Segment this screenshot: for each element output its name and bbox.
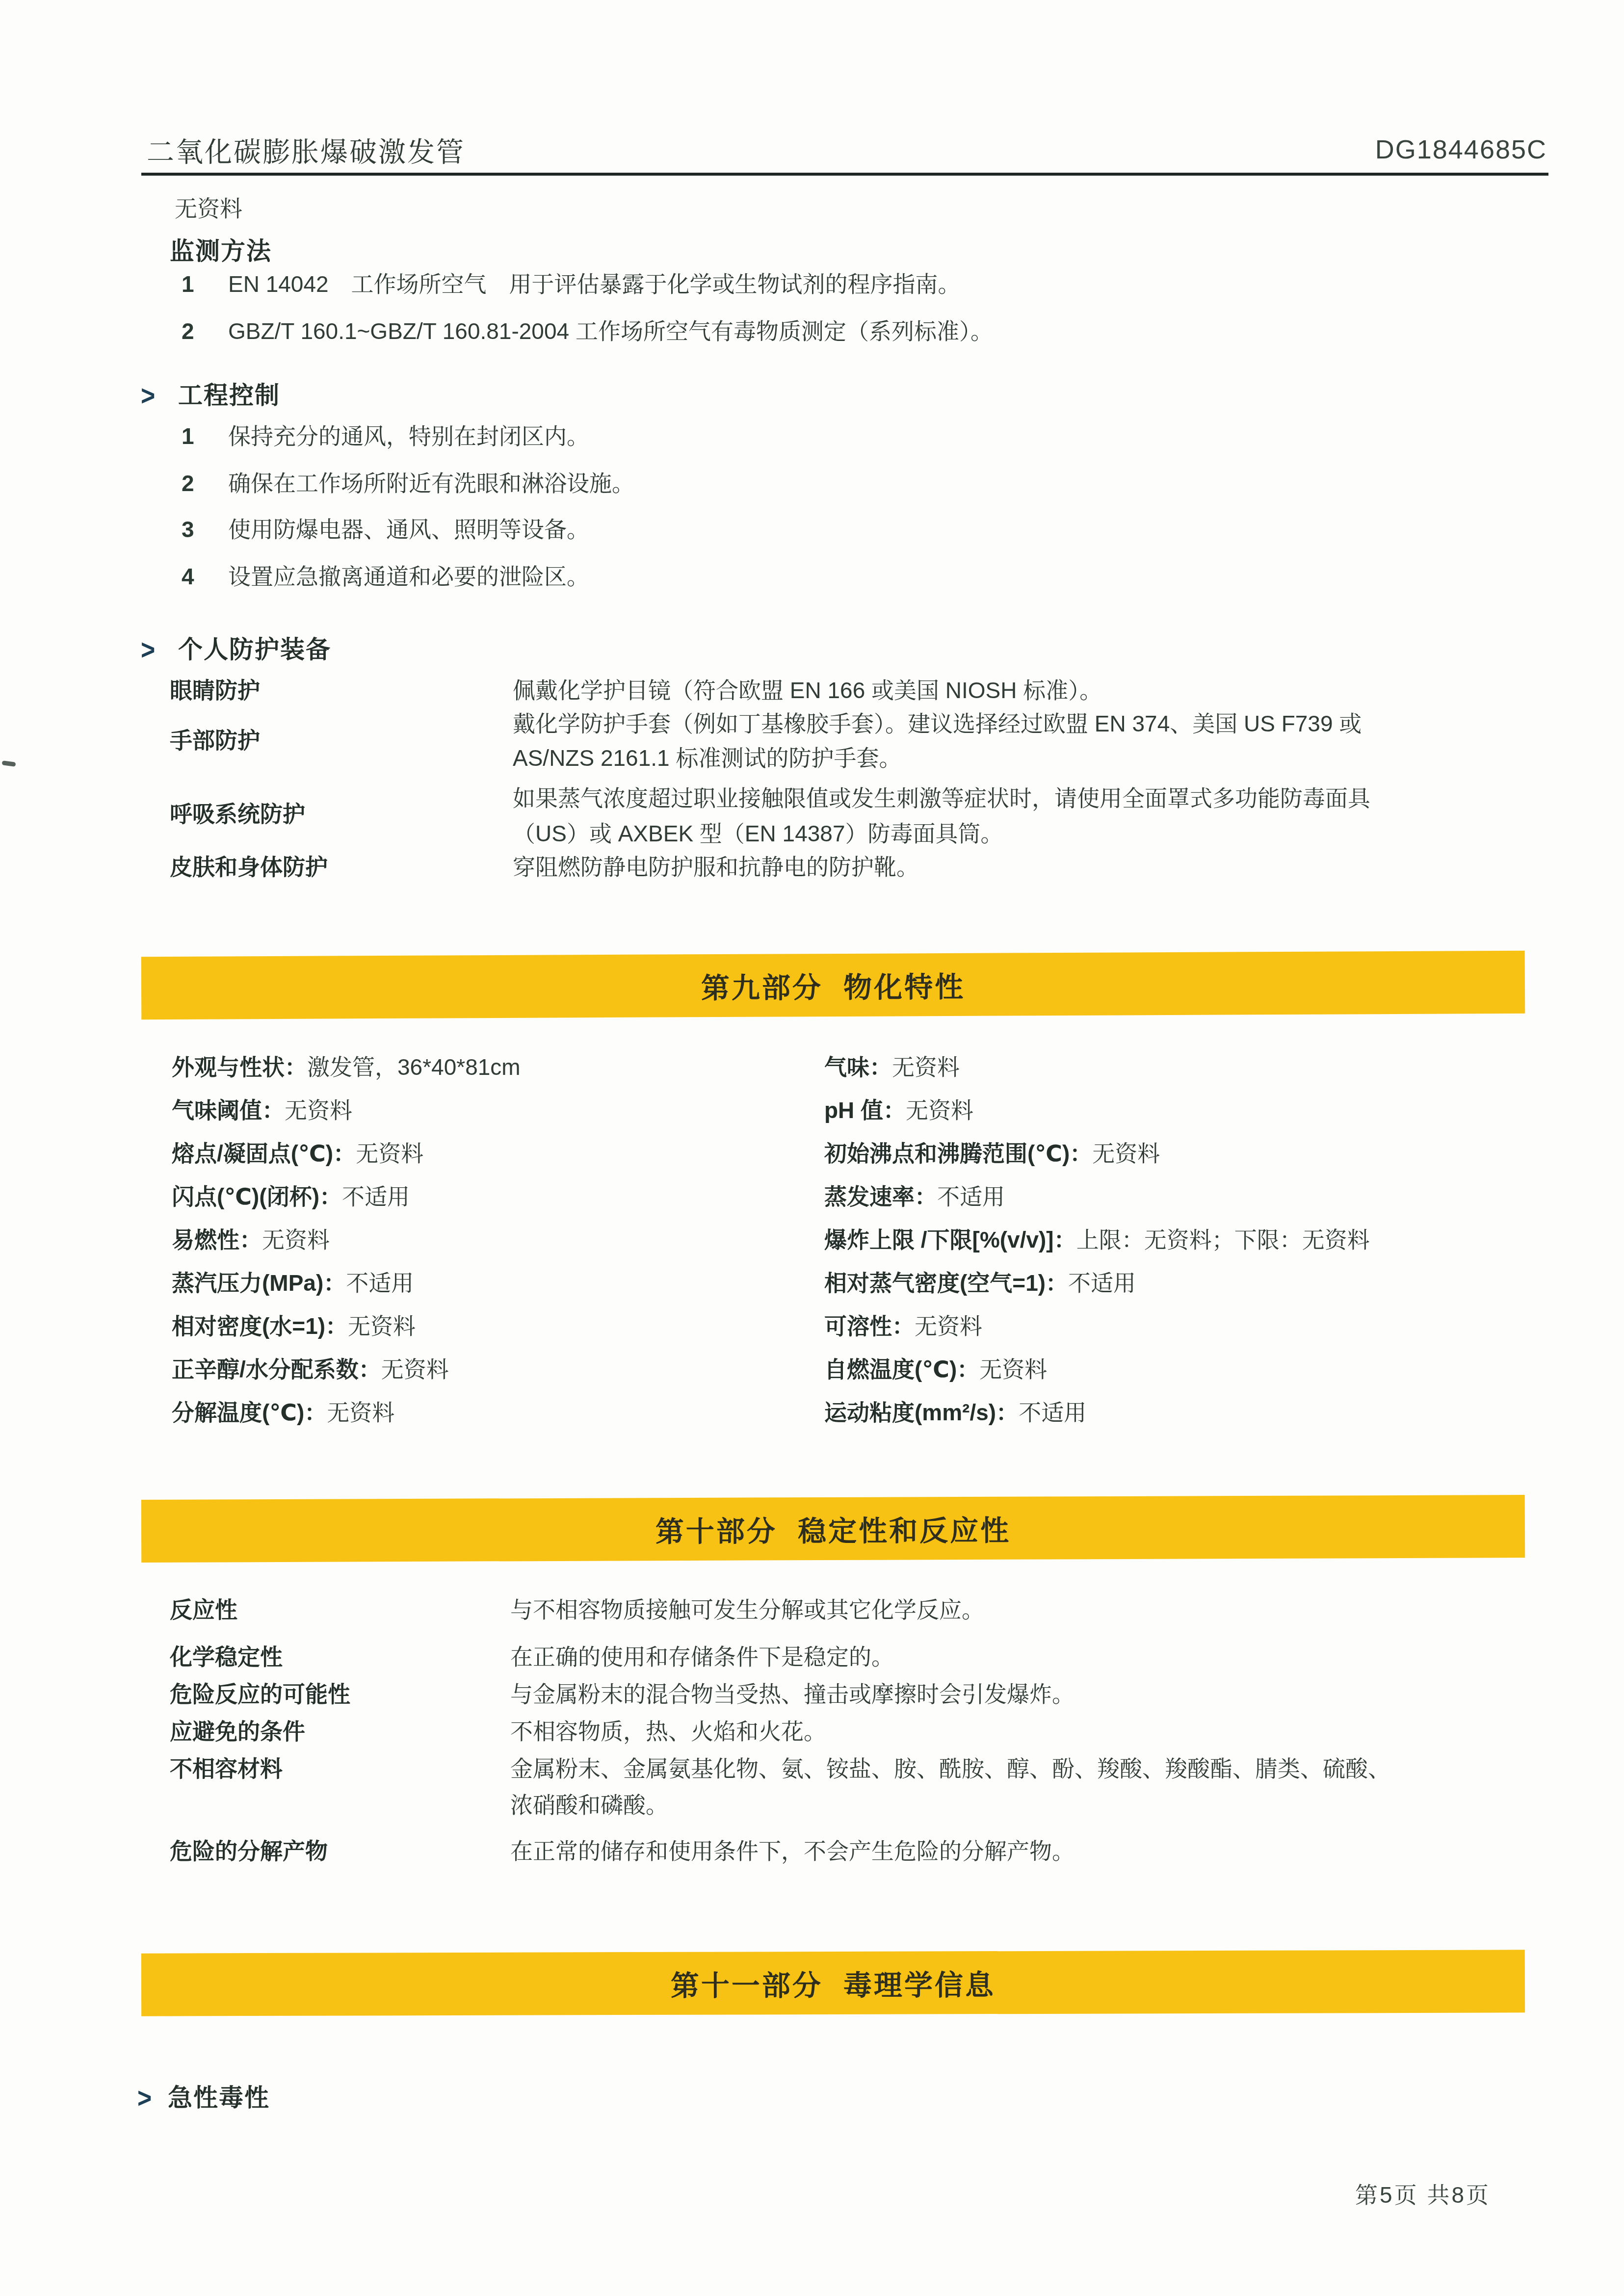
property-label: 熔点/凝固点(℃)： (172, 1141, 356, 1166)
ppe-row-value-line: 穿阻燃防静电防护服和抗静电的防护靴。 (513, 854, 919, 881)
property-row: 可溶性：无资料 (824, 1313, 982, 1340)
property-value: 无资料 (356, 1141, 423, 1166)
property-value: 无资料 (1092, 1141, 1160, 1166)
property-value: 无资料 (979, 1357, 1047, 1382)
monitoring-item-number: 1 (182, 271, 228, 298)
ppe-row-label: 皮肤和身体防护 (170, 854, 328, 881)
section10-banner: 第十部分 稳定性和反应性 (141, 1495, 1525, 1563)
property-value: 无资料 (892, 1054, 960, 1080)
document-number: DG1844685C (1375, 134, 1547, 165)
engineering-control-item-number: 2 (182, 470, 228, 497)
engineering-control-item-text: 确保在工作场所附近有洗眼和淋浴设施。 (228, 470, 634, 496)
property-value: 上限：无资料；下限：无资料 (1076, 1227, 1370, 1252)
property-label: 相对蒸气密度(空气=1)： (824, 1270, 1068, 1296)
stability-row-value-line: 浓硝酸和磷酸。 (510, 1792, 668, 1819)
property-row: 气味：无资料 (824, 1054, 960, 1081)
section11-banner: 第十一部分 毒理学信息 (141, 1950, 1525, 2016)
engineering-control-item: 2确保在工作场所附近有洗眼和淋浴设施。 (182, 470, 634, 497)
property-label: 运动粘度(mm²/s)： (824, 1400, 1019, 1425)
engineering-control-item-text: 使用防爆电器、通风、照明等设备。 (228, 517, 589, 542)
property-label: 蒸发速率： (824, 1184, 937, 1209)
stability-row-label: 化学稳定性 (170, 1644, 283, 1670)
property-row: 初始沸点和沸腾范围(℃)：无资料 (824, 1140, 1160, 1167)
property-label: pH 值： (824, 1097, 906, 1123)
property-row: 正辛醇/水分配系数：无资料 (172, 1356, 449, 1383)
page-title: 二氧化碳膨胀爆破激发管 (147, 130, 465, 170)
property-label: 分解温度(℃)： (172, 1400, 327, 1425)
property-label: 闪点(℃)(闭杯)： (172, 1184, 342, 1209)
property-label: 气味阈值： (172, 1097, 285, 1123)
property-row: 分解温度(℃)：无资料 (172, 1399, 394, 1426)
property-row: 蒸汽压力(MPa)：不适用 (172, 1270, 414, 1297)
ppe-heading: >个人防护装备 (141, 630, 331, 665)
property-label: 初始沸点和沸腾范围(℃)： (824, 1141, 1092, 1166)
page-number: 第5页 共8页 (1355, 2177, 1491, 2210)
property-row: 蒸发速率：不适用 (824, 1183, 1005, 1210)
stability-row-value-line: 与金属粉末的混合物当受热、撞击或摩擦时会引发爆炸。 (510, 1681, 1074, 1708)
property-label: 气味： (824, 1054, 892, 1080)
property-value: 无资料 (381, 1357, 449, 1382)
property-row: pH 值：无资料 (824, 1097, 973, 1124)
property-label: 自燃温度(℃)： (824, 1357, 979, 1382)
property-label: 外观与性状： (172, 1054, 307, 1080)
property-row: 自燃温度(℃)：无资料 (824, 1356, 1047, 1383)
property-row: 相对蒸气密度(空气=1)：不适用 (824, 1270, 1136, 1297)
engineering-control-item-text: 保持充分的通风，特别在封闭区内。 (228, 423, 589, 449)
engineering-control-item-text: 设置应急撤离通道和必要的泄险区。 (228, 564, 589, 589)
stability-row-value-line: 与不相容物质接触可发生分解或其它化学反应。 (510, 1596, 984, 1623)
acute-toxicity-heading-label: 急性毒性 (168, 2084, 270, 2112)
property-value: 无资料 (262, 1227, 330, 1252)
property-row: 爆炸上限 /下限[%(v/v)]：上限：无资料；下限：无资料 (824, 1226, 1370, 1253)
monitoring-item-text: GBZ/T 160.1~GBZ/T 160.81-2004 工作场所空气有毒物质… (228, 318, 993, 344)
property-value: 不适用 (346, 1270, 414, 1296)
ppe-row-label: 眼睛防护 (170, 677, 260, 704)
property-label: 相对密度(水=1)： (172, 1313, 348, 1339)
property-row: 易燃性：无资料 (172, 1226, 330, 1253)
section9-banner: 第九部分 物化特性 (141, 951, 1525, 1019)
monitoring-item-number: 2 (182, 318, 228, 345)
stability-row-label: 应避免的条件 (170, 1718, 305, 1745)
property-value: 激发管，36*40*81cm (307, 1054, 521, 1080)
property-value: 无资料 (327, 1400, 394, 1425)
property-value: 无资料 (348, 1313, 416, 1339)
property-row: 相对密度(水=1)：无资料 (172, 1313, 416, 1340)
stability-row-label: 危险反应的可能性 (170, 1681, 350, 1708)
stability-row-label: 不相容材料 (170, 1755, 283, 1782)
chevron-right-icon: > (137, 2082, 168, 2114)
stability-row-label: 反应性 (170, 1596, 237, 1623)
monitoring-item: 1EN 14042 工作场所空气 用于评估暴露于化学或生物试剂的程序指南。 (182, 271, 961, 298)
ppe-row-label: 呼吸系统防护 (170, 801, 305, 828)
property-label: 蒸汽压力(MPa)： (172, 1270, 346, 1296)
engineering-controls-heading-label: 工程控制 (178, 382, 280, 409)
ppe-row-value-line: 佩戴化学护目镜（符合欧盟 EN 166 或美国 NIOSH 标准）。 (513, 677, 1102, 704)
stability-row-value-line: 在正确的使用和存储条件下是稳定的。 (510, 1644, 894, 1670)
property-row: 外观与性状：激发管，36*40*81cm (172, 1054, 521, 1081)
property-row: 气味阈值：无资料 (172, 1097, 352, 1124)
property-label: 可溶性： (824, 1313, 915, 1339)
sds-page: 二氧化碳膨胀爆破激发管 DG1844685C 无资料 监测方法 1EN 1404… (0, 0, 1624, 2296)
property-value: 无资料 (915, 1313, 982, 1339)
chevron-right-icon: > (141, 379, 178, 412)
chevron-right-icon: > (141, 633, 178, 666)
ppe-row-value-line: 如果蒸气浓度超过职业接触限值或发生刺激等症状时，请使用全面罩式多功能防毒面具 (513, 785, 1370, 812)
ppe-row-value-line: （US）或 AXBEK 型（EN 14387）防毒面具筒。 (513, 820, 1003, 847)
property-value: 不适用 (1019, 1400, 1086, 1425)
monitoring-item: 2GBZ/T 160.1~GBZ/T 160.81-2004 工作场所空气有毒物… (182, 318, 993, 345)
ppe-heading-label: 个人防护装备 (178, 636, 331, 663)
scan-artifact-mark (2, 760, 16, 767)
monitoring-item-text: EN 14042 工作场所空气 用于评估暴露于化学或生物试剂的程序指南。 (228, 271, 961, 297)
engineering-control-item-number: 4 (182, 563, 228, 590)
header-divider (141, 173, 1548, 176)
property-label: 易燃性： (172, 1227, 262, 1252)
property-value: 不适用 (1068, 1270, 1136, 1296)
property-row: 熔点/凝固点(℃)：无资料 (172, 1140, 423, 1167)
engineering-control-item-number: 3 (182, 516, 228, 543)
property-value: 不适用 (937, 1184, 1005, 1209)
ppe-row-value-line: 戴化学防护手套（例如丁基橡胶手套）。建议选择经过欧盟 EN 374、美国 US … (513, 710, 1362, 737)
engineering-control-item: 4设置应急撤离通道和必要的泄险区。 (182, 563, 589, 590)
stability-row-value-line: 不相容物质，热、火焰和火花。 (510, 1718, 826, 1745)
acute-toxicity-heading: >急性毒性 (137, 2078, 270, 2113)
property-value: 无资料 (906, 1097, 973, 1123)
ppe-row-label: 手部防护 (170, 727, 260, 754)
no-data-text: 无资料 (175, 195, 242, 222)
stability-row-value-line: 在正常的储存和使用条件下，不会产生危险的分解产物。 (510, 1838, 1074, 1865)
property-label: 爆炸上限 /下限[%(v/v)]： (824, 1227, 1076, 1252)
stability-row-value-line: 金属粉末、金属氨基化物、氨、铵盐、胺、酰胺、醇、酚、羧酸、羧酸酯、腈类、硫酸、 (510, 1755, 1390, 1782)
property-value: 无资料 (285, 1097, 352, 1123)
engineering-controls-heading: >工程控制 (141, 376, 280, 411)
property-value: 不适用 (342, 1184, 410, 1209)
property-row: 闪点(℃)(闭杯)：不适用 (172, 1183, 410, 1210)
ppe-row-value-line: AS/NZS 2161.1 标准测试的防护手套。 (513, 745, 901, 772)
stability-row-label: 危险的分解产物 (170, 1838, 328, 1865)
engineering-control-item: 1保持充分的通风，特别在封闭区内。 (182, 423, 589, 450)
monitoring-methods-heading: 监测方法 (170, 232, 272, 267)
engineering-control-item-number: 1 (182, 423, 228, 450)
property-row: 运动粘度(mm²/s)：不适用 (824, 1399, 1086, 1426)
property-label: 正辛醇/水分配系数： (172, 1357, 381, 1382)
engineering-control-item: 3使用防爆电器、通风、照明等设备。 (182, 516, 589, 543)
